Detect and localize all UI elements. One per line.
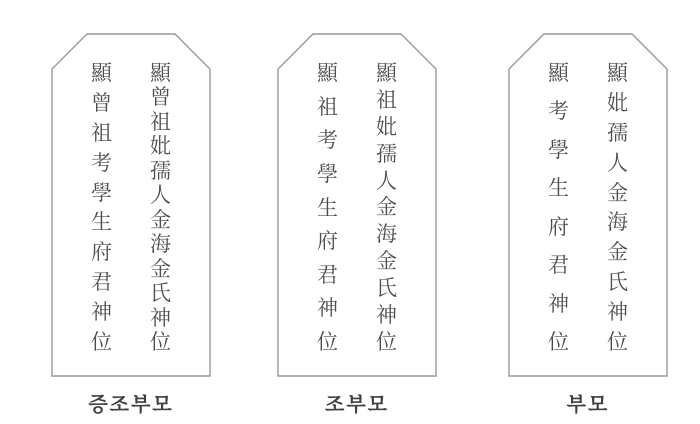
hanja-character: 君 [317, 265, 338, 286]
hanja-character: 位 [607, 332, 628, 353]
hanja-character: 顯 [91, 63, 112, 84]
hanja-character: 金 [607, 242, 628, 263]
tablet-right-column: 顯妣孺人金海金氏神位 [606, 63, 630, 353]
jibang-diagram: 顯曾祖考學生府君神位 顯曾祖妣孺人金海金氏神位 증조부모 顯祖考學生府君神位 顯… [0, 0, 700, 424]
hanja-character: 氏 [150, 283, 171, 304]
hanja-character: 考 [91, 153, 112, 174]
hanja-character: 位 [150, 332, 171, 353]
tablet-left-column: 顯考學生府君神位 [547, 63, 571, 353]
hanja-character: 妣 [607, 93, 628, 114]
hanja-character: 生 [548, 178, 569, 199]
hanja-character: 君 [91, 272, 112, 293]
tablet-shape: 顯祖考學生府君神位 顯祖妣孺人金海金氏神位 [277, 33, 437, 377]
hanja-character: 位 [317, 332, 338, 353]
hanja-character: 曾 [91, 93, 112, 114]
hanja-character: 考 [548, 101, 569, 122]
hanja-character: 學 [91, 183, 112, 204]
tablet-great-grandparents: 顯曾祖考學生府君神位 顯曾祖妣孺人金海金氏神位 증조부모 [51, 33, 211, 417]
hanja-character: 妣 [376, 117, 397, 138]
hanja-character: 位 [91, 332, 112, 353]
hanja-character: 曾 [150, 87, 171, 108]
tablet-shape: 顯曾祖考學生府君神位 顯曾祖妣孺人金海金氏神位 [51, 33, 211, 377]
hanja-character: 金 [150, 210, 171, 231]
hanja-character: 氏 [607, 272, 628, 293]
hanja-character: 祖 [150, 112, 171, 133]
tablet-left-column: 顯曾祖考學生府君神位 [90, 63, 114, 353]
hanja-character: 考 [317, 130, 338, 151]
hanja-character: 學 [548, 140, 569, 161]
tablet-text-area: 顯曾祖考學生府君神位 顯曾祖妣孺人金海金氏神位 [51, 63, 211, 353]
hanja-character: 神 [548, 294, 569, 315]
hanja-character: 孺 [607, 123, 628, 144]
tablet-right-column: 顯祖妣孺人金海金氏神位 [375, 63, 399, 353]
tablet-shape: 顯考學生府君神位 顯妣孺人金海金氏神位 [508, 33, 668, 377]
hanja-character: 海 [376, 224, 397, 245]
hanja-character: 府 [91, 242, 112, 263]
hanja-character: 顯 [150, 63, 171, 84]
hanja-character: 位 [376, 332, 397, 353]
hanja-character: 府 [548, 217, 569, 238]
hanja-character: 人 [376, 171, 397, 192]
hanja-character: 位 [548, 332, 569, 353]
tablet-grandparents: 顯祖考學生府君神位 顯祖妣孺人金海金氏神位 조부모 [277, 33, 437, 417]
hanja-character: 金 [376, 251, 397, 272]
hanja-character: 神 [317, 298, 338, 319]
tablet-right-column: 顯曾祖妣孺人金海金氏神位 [149, 63, 173, 353]
hanja-character: 金 [150, 259, 171, 280]
hanja-character: 人 [607, 153, 628, 174]
hanja-character: 神 [91, 302, 112, 323]
hanja-character: 顯 [376, 63, 397, 84]
hanja-character: 顯 [317, 63, 338, 84]
hanja-character: 祖 [376, 90, 397, 111]
tablet-text-area: 顯考學生府君神位 顯妣孺人金海金氏神位 [508, 63, 668, 353]
hanja-character: 妣 [150, 136, 171, 157]
hanja-character: 孺 [376, 144, 397, 165]
hanja-character: 人 [150, 185, 171, 206]
hanja-character: 祖 [317, 97, 338, 118]
hanja-character: 氏 [376, 278, 397, 299]
hanja-character: 海 [150, 234, 171, 255]
hanja-character: 祖 [91, 123, 112, 144]
hanja-character: 神 [607, 302, 628, 323]
hanja-character: 生 [317, 198, 338, 219]
hanja-character: 海 [607, 212, 628, 233]
hanja-character: 神 [376, 305, 397, 326]
tablet-parents: 顯考學生府君神位 顯妣孺人金海金氏神位 부모 [508, 33, 668, 417]
hanja-character: 顯 [607, 63, 628, 84]
tablet-caption: 부모 [508, 388, 668, 417]
hanja-character: 府 [317, 231, 338, 252]
hanja-character: 學 [317, 164, 338, 185]
hanja-character: 神 [150, 308, 171, 329]
tablet-caption: 조부모 [277, 388, 437, 417]
tablet-text-area: 顯祖考學生府君神位 顯祖妣孺人金海金氏神位 [277, 63, 437, 353]
hanja-character: 顯 [548, 63, 569, 84]
hanja-character: 金 [376, 197, 397, 218]
tablet-left-column: 顯祖考學生府君神位 [316, 63, 340, 353]
hanja-character: 君 [548, 255, 569, 276]
hanja-character: 孺 [150, 161, 171, 182]
hanja-character: 生 [91, 212, 112, 233]
tablet-caption: 증조부모 [51, 388, 211, 417]
hanja-character: 金 [607, 183, 628, 204]
